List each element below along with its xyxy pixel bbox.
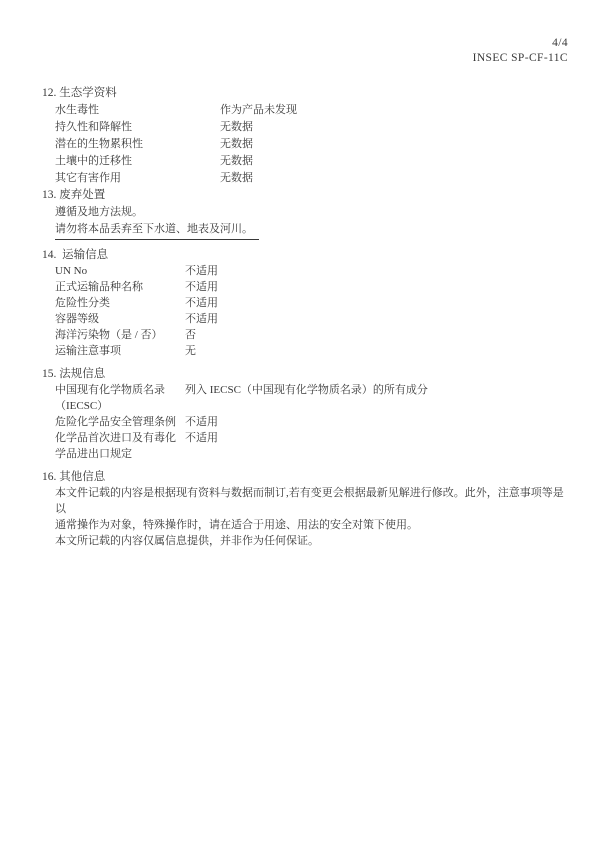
row-value: 无数据 [220,153,570,170]
row-label: 潜在的生物累积性 [55,136,220,153]
row-value: 否 [185,327,570,343]
row-label: 正式运输品种名称 [55,279,185,295]
table-row: 运输注意事项 无 [42,343,570,359]
section-transport-information: 14. 运输信息 UN No 不适用 正式运输品种名称 不适用 危险性分类 不适… [42,247,570,359]
section-heading: 16. 其他信息 [42,469,570,485]
table-row: 中国现有化学物质名录 （IECSC） 列入 IECSC（中国现有化学物质名录）的… [42,382,570,414]
row-label: 危险化学品安全管理条例 [55,414,185,430]
table-row: 化学品首次进口及有毒化 学品进出口规定 不适用 [42,430,570,462]
row-label: 海洋污染物（是 / 否） [55,327,185,343]
row-label: UN No [55,263,185,279]
table-row: 海洋污染物（是 / 否） 否 [42,327,570,343]
row-value: 不适用 [185,295,570,311]
row-value: 不适用 [185,263,570,279]
product-code: INSEC SP-CF-11C [0,51,568,66]
section-ecological-information: 12. 生态学资料 水生毒性 作为产品未发现 持久性和降解性 无数据 潜在的生物… [42,85,570,187]
section-other-information: 16. 其他信息 本文件记载的内容是根据现有资料与数据而制订,若有变更会根据最新… [42,469,570,549]
section-heading: 14. 运输信息 [42,247,570,263]
row-value: 无数据 [220,136,570,153]
table-row: UN No 不适用 [42,263,570,279]
row-value: 不适用 [185,430,570,446]
row-value: 无数据 [220,119,570,136]
section-heading: 13. 废弃处置 [42,187,570,204]
row-label: 持久性和降解性 [55,119,220,136]
other-info-paragraph: 本文件记载的内容是根据现有资料与数据而制订,若有变更会根据最新见解进行修改。此外… [42,485,570,533]
disclaimer-paragraph: 本文所记载的内容仅属信息提供，并非作为任何保证。 [42,533,570,549]
row-value: 不适用 [185,414,570,430]
section-heading: 12. 生态学资料 [42,85,570,102]
table-row: 其它有害作用 无数据 [42,170,570,187]
row-value: 无 [185,343,570,359]
document-content: 12. 生态学资料 水生毒性 作为产品未发现 持久性和降解性 无数据 潜在的生物… [0,66,600,549]
row-value: 不适用 [185,279,570,295]
table-row: 正式运输品种名称 不适用 [42,279,570,295]
disposal-warning: 请勿将本品丢弃至下水道、地表及河川。 [42,221,570,240]
table-row: 容器等级 不适用 [42,311,570,327]
table-row: 水生毒性 作为产品未发现 [42,102,570,119]
table-row: 危险化学品安全管理条例 不适用 [42,414,570,430]
row-label: 水生毒性 [55,102,220,119]
row-label: 其它有害作用 [55,170,220,187]
table-row: 持久性和降解性 无数据 [42,119,570,136]
row-value: 列入 IECSC（中国现有化学物质名录）的所有成分 [185,382,570,398]
table-row: 危险性分类 不适用 [42,295,570,311]
document-page: 4/4 INSEC SP-CF-11C 12. 生态学资料 水生毒性 作为产品未… [0,0,600,849]
disposal-warning-text: 请勿将本品丢弃至下水道、地表及河川。 [55,221,259,240]
table-row: 土壤中的迁移性 无数据 [42,153,570,170]
section-heading: 15. 法规信息 [42,366,570,382]
page-number: 4/4 [0,36,568,51]
section-disposal: 13. 废弃处置 遵循及地方法规。 请勿将本品丢弃至下水道、地表及河川。 [42,187,570,240]
row-label: 危险性分类 [55,295,185,311]
row-value: 作为产品未发现 [220,102,570,119]
section-regulatory-information: 15. 法规信息 中国现有化学物质名录 （IECSC） 列入 IECSC（中国现… [42,366,570,462]
row-label: 容器等级 [55,311,185,327]
row-label: 运输注意事项 [55,343,185,359]
row-label: 化学品首次进口及有毒化 学品进出口规定 [55,430,185,462]
row-label: 土壤中的迁移性 [55,153,220,170]
table-row: 潜在的生物累积性 无数据 [42,136,570,153]
row-label: 中国现有化学物质名录 （IECSC） [55,382,185,414]
page-header: 4/4 INSEC SP-CF-11C [0,0,600,66]
disposal-instruction: 遵循及地方法规。 [42,204,570,221]
row-value: 不适用 [185,311,570,327]
row-value: 无数据 [220,170,570,187]
